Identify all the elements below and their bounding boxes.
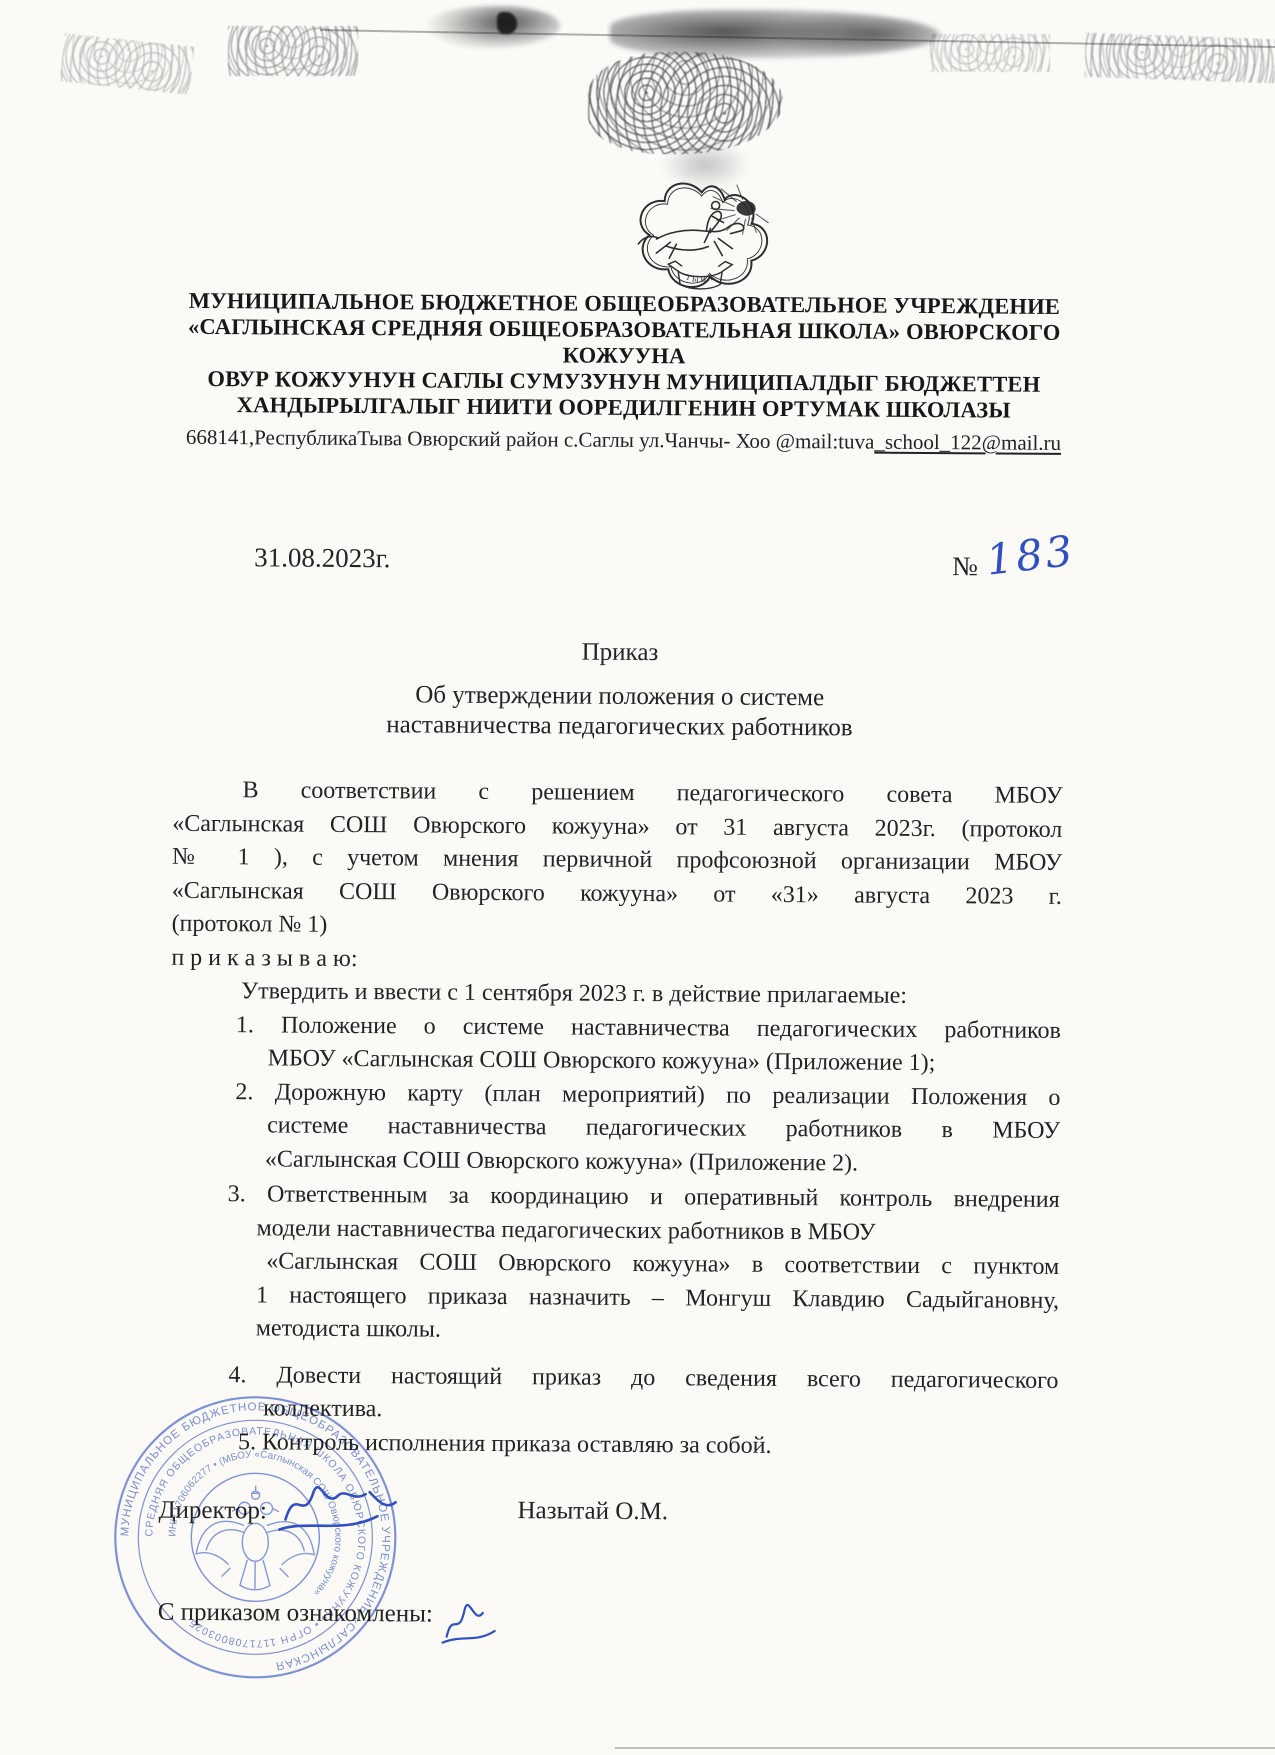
order-subtitle-line: наставничества педагогических работников <box>176 709 1063 745</box>
body-line: Утвердить и ввести с 1 сентября 2023 г. … <box>171 975 1061 1015</box>
acknowledged-signature <box>433 1591 519 1654</box>
document-page: ТЫВА МУНИЦИПАЛЬНОЕ БЮДЖЕТНОЕ ОБЩЕОБРАЗОВ… <box>0 0 1275 1755</box>
org-address-line: 668141,РеспубликаТыва Овюрский район с.С… <box>3 423 1244 458</box>
org-address-text: 668141,РеспубликаТыва Овюрский район с.С… <box>186 425 875 454</box>
body-line: (протокол № 1) <box>171 908 1061 948</box>
director-signature <box>273 1471 423 1544</box>
list-item-2-line: «Саглынская СОШ Овюрского кожууна» (Прил… <box>170 1142 1060 1182</box>
order-title-block: Приказ Об утверждении положения о систем… <box>176 635 1064 745</box>
order-number-handwritten: 183 <box>984 529 1078 583</box>
list-item-3-line: 3. Ответственным за координацию и операт… <box>170 1178 1060 1218</box>
list-item-1-line: МБОУ «Саглынская СОШ Овюрского кожууна» … <box>171 1042 1061 1082</box>
tuva-coat-of-arms-icon: ТЫВА <box>622 176 781 305</box>
scanned-order-document: { "header": { "org_lines": [ "МУНИЦИПАЛЬ… <box>0 0 1275 1755</box>
letterhead: МУНИЦИПАЛЬНОЕ БЮДЖЕТНОЕ ОБЩЕОБРАЗОВАТЕЛЬ… <box>3 287 1245 458</box>
list-item-2-line: системе наставничества педагогических ра… <box>170 1109 1060 1149</box>
order-title: Приказ <box>176 635 1063 671</box>
director-name: Назытай О.М. <box>517 1497 668 1526</box>
order-date: 31.08.2023г. <box>254 542 390 573</box>
body-line: В соответствии с решением педагогическог… <box>172 774 1062 814</box>
org-email: _school_122@mail.ru <box>874 430 1061 455</box>
order-body: В соответствии с решением педагогическог… <box>168 774 1063 1465</box>
body-line: № 1 ), с учетом мнения первичной профсою… <box>172 841 1062 881</box>
list-item-3-line: методиста школы. <box>169 1312 1059 1352</box>
list-item-3-line: «Саглынская СОШ Овюрского кожууна» в соо… <box>169 1245 1059 1285</box>
number-sign: № <box>952 551 978 581</box>
